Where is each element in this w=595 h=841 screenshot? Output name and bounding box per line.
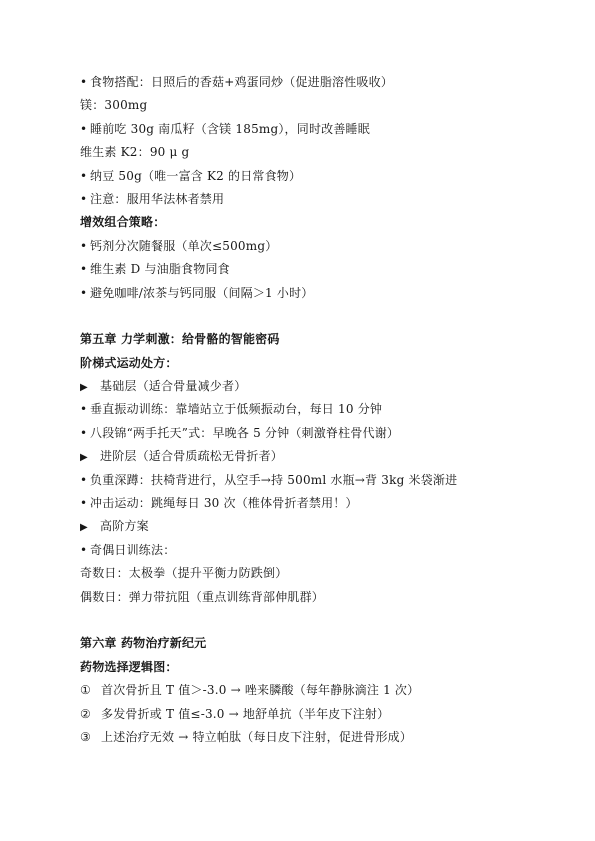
bullet-icon: • <box>80 71 90 94</box>
document-content: • 食物搭配：日照后的香菇+鸡蛋同炒（促进脂溶性吸收） 镁：300mg • 睡前… <box>80 71 530 749</box>
list-item: • 睡前吃 30g 南瓜籽（含镁 185mg），同时改善睡眠 <box>80 118 530 141</box>
bullet-icon: • <box>80 282 90 305</box>
bullet-icon: • <box>80 165 90 188</box>
line-text: 奇数日：太极拳（提升平衡力防跌倒） <box>80 562 287 585</box>
line-text: 维生素 D 与油脂食物同食 <box>90 258 230 281</box>
line-text: 八段锦“两手托天”式：早晚各 5 分钟（刺激脊柱骨代谢） <box>90 422 399 445</box>
bullet-icon: • <box>80 539 90 562</box>
list-item: • 维生素 D 与油脂食物同食 <box>80 258 530 281</box>
list-item: • 食物搭配：日照后的香菇+鸡蛋同炒（促进脂溶性吸收） <box>80 71 530 94</box>
line-text: 维生素 K2：90 μ g <box>80 141 189 164</box>
paragraph-line: 维生素 K2：90 μ g <box>80 141 530 164</box>
line-text: 上述治疗无效 → 特立帕肽（每日皮下注射，促进骨形成） <box>101 726 412 749</box>
heading-text: 第五章 力学刺激：给骨骼的智能密码 <box>80 328 280 351</box>
paragraph-line: 奇数日：太极拳（提升平衡力防跌倒） <box>80 562 530 585</box>
heading-text: 阶梯式运动处方： <box>80 352 178 375</box>
triangle-list-item: ▶ 高阶方案 <box>80 515 530 538</box>
circled-number-icon: ① <box>80 679 101 702</box>
list-item: • 负重深蹲：扶椅背进行，从空手→持 500ml 水瓶→背 3kg 米袋渐进 <box>80 469 530 492</box>
numbered-list-item: ② 多发骨折或 T 值≤-3.0 → 地舒单抗（半年皮下注射） <box>80 703 530 726</box>
line-text: 负重深蹲：扶椅背进行，从空手→持 500ml 水瓶→背 3kg 米袋渐进 <box>90 469 457 492</box>
line-text: 多发骨折或 T 值≤-3.0 → 地舒单抗（半年皮下注射） <box>101 703 389 726</box>
line-text: 睡前吃 30g 南瓜籽（含镁 185mg），同时改善睡眠 <box>90 118 370 141</box>
triangle-icon: ▶ <box>80 446 100 469</box>
line-text: 奇偶日训练法： <box>90 539 175 562</box>
line-text: 纳豆 50g（唯一富含 K2 的日常食物） <box>90 165 301 188</box>
list-item: • 避免咖啡/浓茶与钙同服（间隔＞1 小时） <box>80 282 530 305</box>
line-text: 垂直振动训练：靠墙站立于低频振动台，每日 10 分钟 <box>90 398 382 421</box>
line-text: 镁：300mg <box>80 94 147 117</box>
document-page: • 食物搭配：日照后的香菇+鸡蛋同炒（促进脂溶性吸收） 镁：300mg • 睡前… <box>0 0 595 841</box>
heading-text: 第六章 药物治疗新纪元 <box>80 632 206 655</box>
section-heading: 阶梯式运动处方： <box>80 352 530 375</box>
triangle-list-item: ▶ 基础层（适合骨量减少者） <box>80 375 530 398</box>
circled-number-icon: ② <box>80 703 101 726</box>
chapter-heading: 第五章 力学刺激：给骨骼的智能密码 <box>80 328 530 351</box>
heading-text: 增效组合策略： <box>80 211 165 234</box>
paragraph-line: 偶数日：弹力带抗阻（重点训练背部伸肌群） <box>80 586 530 609</box>
bullet-icon: • <box>80 188 90 211</box>
list-item: • 注意：服用华法林者禁用 <box>80 188 530 211</box>
paragraph-line: 镁：300mg <box>80 94 530 117</box>
list-item: • 垂直振动训练：靠墙站立于低频振动台，每日 10 分钟 <box>80 398 530 421</box>
list-item: • 奇偶日训练法： <box>80 539 530 562</box>
circled-number-icon: ③ <box>80 726 101 749</box>
line-text: 钙剂分次随餐服（单次≤500mg） <box>90 235 277 258</box>
numbered-list-item: ③ 上述治疗无效 → 特立帕肽（每日皮下注射，促进骨形成） <box>80 726 530 749</box>
bullet-icon: • <box>80 469 90 492</box>
triangle-icon: ▶ <box>80 376 100 399</box>
line-text: 冲击运动：跳绳每日 30 次（椎体骨折者禁用！） <box>90 492 358 515</box>
bullet-icon: • <box>80 398 90 421</box>
line-text: 首次骨折且 T 值＞-3.0 → 唑来膦酸（每年静脉滴注 1 次） <box>101 679 419 702</box>
line-text: 注意：服用华法林者禁用 <box>90 188 224 211</box>
list-item: • 冲击运动：跳绳每日 30 次（椎体骨折者禁用！） <box>80 492 530 515</box>
list-item: • 钙剂分次随餐服（单次≤500mg） <box>80 235 530 258</box>
bullet-icon: • <box>80 422 90 445</box>
line-text: 基础层（适合骨量减少者） <box>100 375 246 398</box>
bullet-icon: • <box>80 492 90 515</box>
list-item: • 八段锦“两手托天”式：早晚各 5 分钟（刺激脊柱骨代谢） <box>80 422 530 445</box>
line-text: 进阶层（适合骨质疏松无骨折者） <box>100 445 283 468</box>
bullet-icon: • <box>80 258 90 281</box>
list-item: • 纳豆 50g（唯一富含 K2 的日常食物） <box>80 165 530 188</box>
bullet-icon: • <box>80 118 90 141</box>
bullet-icon: • <box>80 235 90 258</box>
triangle-list-item: ▶ 进阶层（适合骨质疏松无骨折者） <box>80 445 530 468</box>
heading-text: 药物选择逻辑图： <box>80 656 178 679</box>
line-text: 食物搭配：日照后的香菇+鸡蛋同炒（促进脂溶性吸收） <box>90 71 393 94</box>
section-heading: 增效组合策略： <box>80 211 530 234</box>
numbered-list-item: ① 首次骨折且 T 值＞-3.0 → 唑来膦酸（每年静脉滴注 1 次） <box>80 679 530 702</box>
line-text: 高阶方案 <box>100 515 149 538</box>
section-heading: 药物选择逻辑图： <box>80 656 530 679</box>
line-text: 偶数日：弹力带抗阻（重点训练背部伸肌群） <box>80 586 324 609</box>
triangle-icon: ▶ <box>80 516 100 539</box>
chapter-heading: 第六章 药物治疗新纪元 <box>80 632 530 655</box>
line-text: 避免咖啡/浓茶与钙同服（间隔＞1 小时） <box>90 282 314 305</box>
